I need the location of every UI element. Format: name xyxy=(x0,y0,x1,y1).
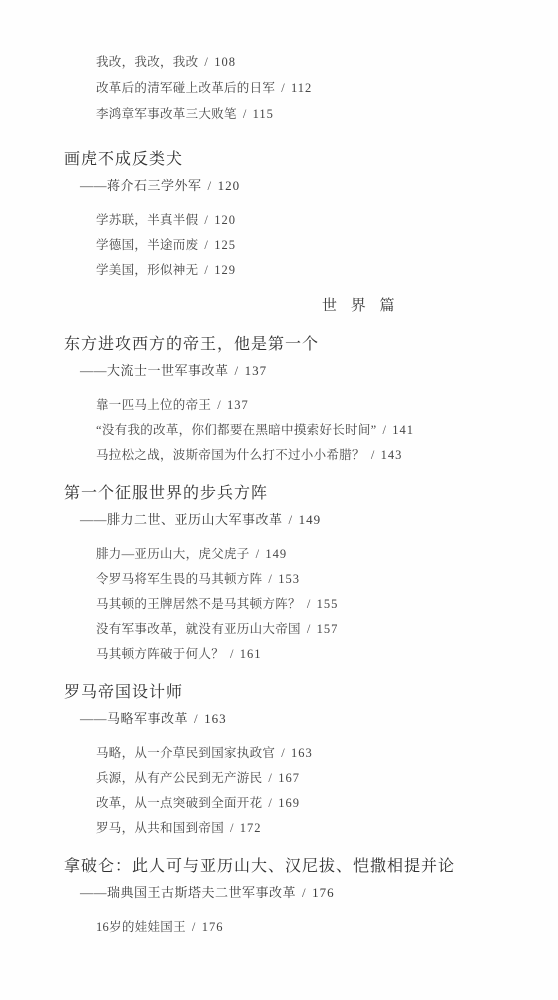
toc-entry: 我改，我改，我改/108 xyxy=(96,49,558,75)
entry-separator: / xyxy=(365,448,381,462)
entry-separator: / xyxy=(237,107,253,121)
entry-page-number: 120 xyxy=(218,178,241,193)
entry-title: 我改，我改，我改 xyxy=(96,55,198,69)
chapter-subtitle: ——马略军事改革/163 xyxy=(80,706,558,732)
toc-entry: 马其顿方阵破于何人？/161 xyxy=(96,642,558,667)
toc-entry: 学美国，形似神无/129 xyxy=(96,258,558,283)
chapter-heading: 画虎不成反类犬 xyxy=(64,147,558,173)
toc-entry: 改革后的清军碰上改革后的日军/112 xyxy=(96,75,558,101)
entry-separator: / xyxy=(224,647,240,661)
entry-page-number: 125 xyxy=(214,238,236,252)
entry-page-number: 163 xyxy=(291,746,313,760)
subtitle-dash: —— xyxy=(80,363,107,378)
entry-title: 学苏联，半真半假 xyxy=(96,213,198,227)
entry-separator: / xyxy=(186,920,202,934)
entry-page-number: 108 xyxy=(214,55,236,69)
chapter-subtitle: ——大流士一世军事改革/137 xyxy=(80,358,558,384)
entry-separator: / xyxy=(283,512,299,527)
toc-entry: 学德国，半途而废/125 xyxy=(96,233,558,258)
entry-title: 16岁的娃娃国王 xyxy=(96,920,186,934)
entry-title: 改革，从一点突破到全面开花 xyxy=(96,796,262,810)
book-toc-page: 我改，我改，我改/108 改革后的清军碰上改革后的日军/112 李鸿章军事改革三… xyxy=(0,0,558,1000)
entry-separator: / xyxy=(301,622,317,636)
entry-title: 李鸿章军事改革三大败笔 xyxy=(96,107,237,121)
entry-title: 马其顿的王牌居然不是马其顿方阵？ xyxy=(96,597,301,611)
subtitle-text: 腓力二世、亚历山大军事改革 xyxy=(107,512,283,527)
toc-entry: 16岁的娃娃国王/176 xyxy=(96,915,558,940)
subtitle-dash: —— xyxy=(80,885,107,900)
entry-separator: / xyxy=(296,885,312,900)
part-divider: 世 界 篇 xyxy=(322,293,558,319)
subtitle-text: 蒋介石三学外军 xyxy=(107,178,202,193)
entry-page-number: 167 xyxy=(278,771,300,785)
entry-separator: / xyxy=(229,363,245,378)
toc-entry: 马其顿的王牌居然不是马其顿方阵？/155 xyxy=(96,592,558,617)
chapter-subtitle: ——瑞典国王古斯塔夫二世军事改革/176 xyxy=(80,880,558,906)
entry-title: 兵源，从有产公民到无产游民 xyxy=(96,771,262,785)
entry-separator: / xyxy=(188,711,204,726)
entry-title: 学美国，形似神无 xyxy=(96,263,198,277)
chapter-subtitle: ——腓力二世、亚历山大军事改革/149 xyxy=(80,507,558,533)
entry-page-number: 149 xyxy=(299,512,322,527)
entry-page-number: 137 xyxy=(227,398,249,412)
entry-title: “没有我的改革，你们都要在黑暗中摸索好长时间” xyxy=(96,423,377,437)
toc-chapter: 画虎不成反类犬 ——蒋介石三学外军/120 学苏联，半真半假/120 学德国，半… xyxy=(0,147,558,283)
chapter-items: 16岁的娃娃国王/176 xyxy=(0,915,558,940)
entry-page-number: 169 xyxy=(278,796,300,810)
entry-title: 学德国，半途而废 xyxy=(96,238,198,252)
entry-title: 没有军事改革，就没有亚历山大帝国 xyxy=(96,622,301,636)
entry-separator: / xyxy=(198,55,214,69)
entry-title: 罗马，从共和国到帝国 xyxy=(96,821,224,835)
entry-separator: / xyxy=(198,238,214,252)
entry-separator: / xyxy=(202,178,218,193)
chapter-heading: 东方进攻西方的帝王，他是第一个 xyxy=(64,332,558,358)
chapter-items: 靠一匹马上位的帝王/137 “没有我的改革，你们都要在黑暗中摸索好长时间”/14… xyxy=(0,393,558,468)
entry-page-number: 112 xyxy=(291,81,312,95)
entry-page-number: 137 xyxy=(245,363,268,378)
entry-page-number: 155 xyxy=(317,597,339,611)
entry-page-number: 153 xyxy=(278,572,300,586)
chapter-items: 马略，从一介草民到国家执政官/163 兵源，从有产公民到无产游民/167 改革，… xyxy=(0,741,558,841)
chapter-items: 腓力—亚历山大，虎父虎子/149 令罗马将军生畏的马其顿方阵/153 马其顿的王… xyxy=(0,542,558,667)
entry-title: 改革后的清军碰上改革后的日军 xyxy=(96,81,275,95)
toc-chapter: 第一个征服世界的步兵方阵 ——腓力二世、亚历山大军事改革/149 腓力—亚历山大… xyxy=(0,481,558,667)
entry-separator: / xyxy=(301,597,317,611)
chapter-heading: 拿破仑：此人可与亚历山大、汉尼拔、恺撒相提并论 xyxy=(64,854,558,880)
entry-title: 马略，从一介草民到国家执政官 xyxy=(96,746,275,760)
entry-separator: / xyxy=(262,771,278,785)
toc-entry: 兵源，从有产公民到无产游民/167 xyxy=(96,766,558,791)
chapter-heading: 罗马帝国设计师 xyxy=(64,680,558,706)
entry-title: 靠一匹马上位的帝王 xyxy=(96,398,211,412)
entry-page-number: 163 xyxy=(204,711,227,726)
entry-page-number: 157 xyxy=(317,622,339,636)
entry-title: 令罗马将军生畏的马其顿方阵 xyxy=(96,572,262,586)
toc-entry: 马略，从一介草民到国家执政官/163 xyxy=(96,741,558,766)
subtitle-dash: —— xyxy=(80,178,107,193)
subtitle-text: 大流士一世军事改革 xyxy=(107,363,229,378)
entry-page-number: 120 xyxy=(214,213,236,227)
toc-chapter: 东方进攻西方的帝王，他是第一个 ——大流士一世军事改革/137 靠一匹马上位的帝… xyxy=(0,332,558,468)
subtitle-text: 马略军事改革 xyxy=(107,711,188,726)
chapter-subtitle: ——蒋介石三学外军/120 xyxy=(80,173,558,199)
entry-page-number: 115 xyxy=(253,107,274,121)
entry-title: 腓力—亚历山大，虎父虎子 xyxy=(96,547,250,561)
entry-separator: / xyxy=(198,213,214,227)
entry-title: 马拉松之战，波斯帝国为什么打不过小小希腊？ xyxy=(96,448,365,462)
toc-entry: 腓力—亚历山大，虎父虎子/149 xyxy=(96,542,558,567)
chapter-heading: 第一个征服世界的步兵方阵 xyxy=(64,481,558,507)
toc-entry: 马拉松之战，波斯帝国为什么打不过小小希腊？/143 xyxy=(96,443,558,468)
entry-separator: / xyxy=(250,547,266,561)
subtitle-text: 瑞典国王古斯塔夫二世军事改革 xyxy=(107,885,296,900)
entry-separator: / xyxy=(198,263,214,277)
entry-page-number: 143 xyxy=(381,448,403,462)
entry-page-number: 176 xyxy=(312,885,335,900)
entry-page-number: 149 xyxy=(265,547,287,561)
subtitle-dash: —— xyxy=(80,711,107,726)
toc-chapter: 拿破仑：此人可与亚历山大、汉尼拔、恺撒相提并论 ——瑞典国王古斯塔夫二世军事改革… xyxy=(0,854,558,940)
entry-page-number: 176 xyxy=(202,920,224,934)
entry-page-number: 172 xyxy=(240,821,262,835)
toc-chapter: 罗马帝国设计师 ——马略军事改革/163 马略，从一介草民到国家执政官/163 … xyxy=(0,680,558,841)
toc-entry: 改革，从一点突破到全面开花/169 xyxy=(96,791,558,816)
toc-entry: 令罗马将军生畏的马其顿方阵/153 xyxy=(96,567,558,592)
entry-title: 马其顿方阵破于何人？ xyxy=(96,647,224,661)
entry-separator: / xyxy=(275,746,291,760)
entry-separator: / xyxy=(377,423,393,437)
toc-entry: 没有军事改革，就没有亚历山大帝国/157 xyxy=(96,617,558,642)
entry-separator: / xyxy=(262,796,278,810)
toc-entry: 靠一匹马上位的帝王/137 xyxy=(96,393,558,418)
entry-page-number: 161 xyxy=(240,647,262,661)
toc-intro-items: 我改，我改，我改/108 改革后的清军碰上改革后的日军/112 李鸿章军事改革三… xyxy=(0,49,558,127)
entry-separator: / xyxy=(275,81,291,95)
toc-entry: 罗马，从共和国到帝国/172 xyxy=(96,816,558,841)
entry-page-number: 129 xyxy=(214,263,236,277)
toc-entry: 李鸿章军事改革三大败笔/115 xyxy=(96,101,558,127)
entry-separator: / xyxy=(224,821,240,835)
toc-entry: 学苏联，半真半假/120 xyxy=(96,208,558,233)
entry-page-number: 141 xyxy=(392,423,414,437)
toc-entry: “没有我的改革，你们都要在黑暗中摸索好长时间”/141 xyxy=(96,418,558,443)
chapter-items: 学苏联，半真半假/120 学德国，半途而废/125 学美国，形似神无/129 xyxy=(0,208,558,283)
entry-separator: / xyxy=(262,572,278,586)
subtitle-dash: —— xyxy=(80,512,107,527)
entry-separator: / xyxy=(211,398,227,412)
